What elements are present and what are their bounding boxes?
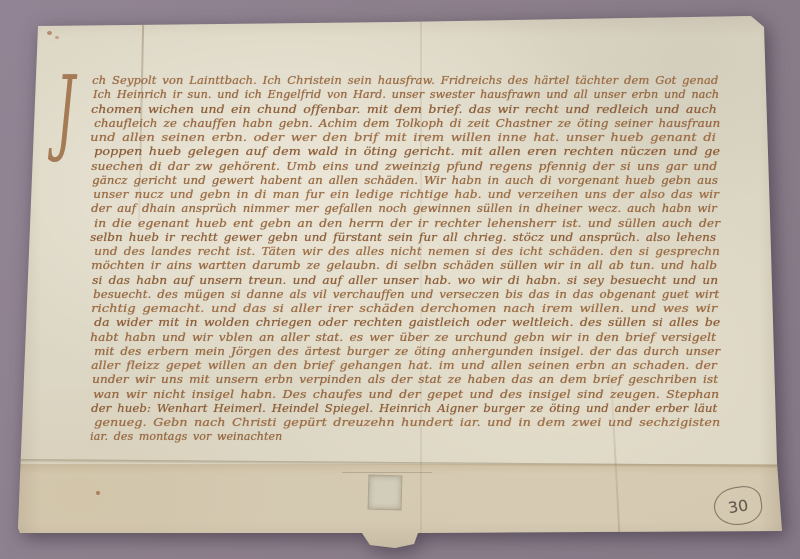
manuscript-line: chaufleich ze chauffen habn gebn. Achim … — [94, 117, 718, 131]
manuscript-line: ch Seypolt von Lainttbach. Ich Christein… — [92, 74, 718, 88]
manuscript-line: da wider mit in wolden chriegen oder rec… — [94, 316, 718, 330]
manuscript-line: si das habn auf unsern treun. und auf al… — [92, 274, 718, 288]
manuscript-line: Ich Heinrich ir sun. und ich Engelfrid v… — [93, 88, 718, 102]
manuscript-line: unser nucz und gebn in di man fur ein le… — [93, 188, 718, 202]
ink-stain — [55, 36, 59, 39]
manuscript-line: möchten ir ains wartten darumb ze gelaub… — [91, 259, 718, 273]
ink-stain — [47, 31, 52, 35]
manuscript-line: in die egenant hueb ent gebn an den herr… — [94, 217, 718, 231]
initial-letter: J — [56, 60, 74, 180]
manuscript-line: wan wir nicht insigel habn. Des chaufes … — [93, 388, 718, 402]
manuscript-line: under wir uns mit unsern erbn verpinden … — [92, 373, 718, 387]
manuscript-line: der auf dhain ansprüch nimmer mer gefall… — [91, 202, 719, 216]
manuscript-line: und des landes recht ist. Täten wir des … — [94, 245, 718, 259]
manuscript-line: mit des erbern mein Jörgen des ärtest bu… — [94, 345, 718, 359]
manuscript-line: richtig gemacht. und das si aller irer s… — [91, 302, 718, 316]
manuscript-line: aller fleizz gepet willen an den brief g… — [91, 359, 718, 373]
ink-stain — [96, 491, 100, 495]
seal-score-line — [342, 472, 432, 473]
manuscript-line: selbn hueb ir rechtt gewer gebn und fürs… — [90, 231, 718, 245]
plica-fold-line — [18, 459, 782, 468]
manuscript-line: genueg. Gebn nach Christi gepürt dreuzeh… — [94, 416, 718, 430]
archive-number: 30 — [726, 495, 749, 517]
manuscript-line: der hueb: Wenhart Heimerl. Heindel Spieg… — [91, 402, 718, 416]
manuscript-line: suechen di dar zw gehörent. Umb eins und… — [91, 160, 718, 174]
parchment-shadow: J ch Seypolt von Lainttbach. Ich Christe… — [0, 0, 800, 559]
manuscript-text: ch Seypolt von Lainttbach. Ich Christein… — [92, 74, 718, 445]
manuscript-line: habt habn und wir vblen an aller stat. e… — [90, 331, 718, 345]
manuscript-line: poppen hueb gelegen auf dem wald in ötin… — [94, 145, 718, 159]
manuscript-line: chomen wichen und ein chund offenbar. mi… — [91, 103, 719, 117]
manuscript-line: und allen seinen erbn. oder wer den brif… — [90, 131, 718, 145]
manuscript-line: iar. des montags vor weinachten — [90, 430, 718, 444]
seal-slit — [368, 475, 403, 511]
photo-backdrop: J ch Seypolt von Lainttbach. Ich Christe… — [0, 0, 800, 559]
archive-number-badge: 30 — [711, 483, 764, 528]
parchment-charter: J ch Seypolt von Lainttbach. Ich Christe… — [18, 16, 782, 549]
manuscript-line: besuecht. des mügen si danne als vil ver… — [93, 288, 718, 302]
manuscript-line: gäncz gericht und gewert habent an allen… — [92, 174, 718, 188]
